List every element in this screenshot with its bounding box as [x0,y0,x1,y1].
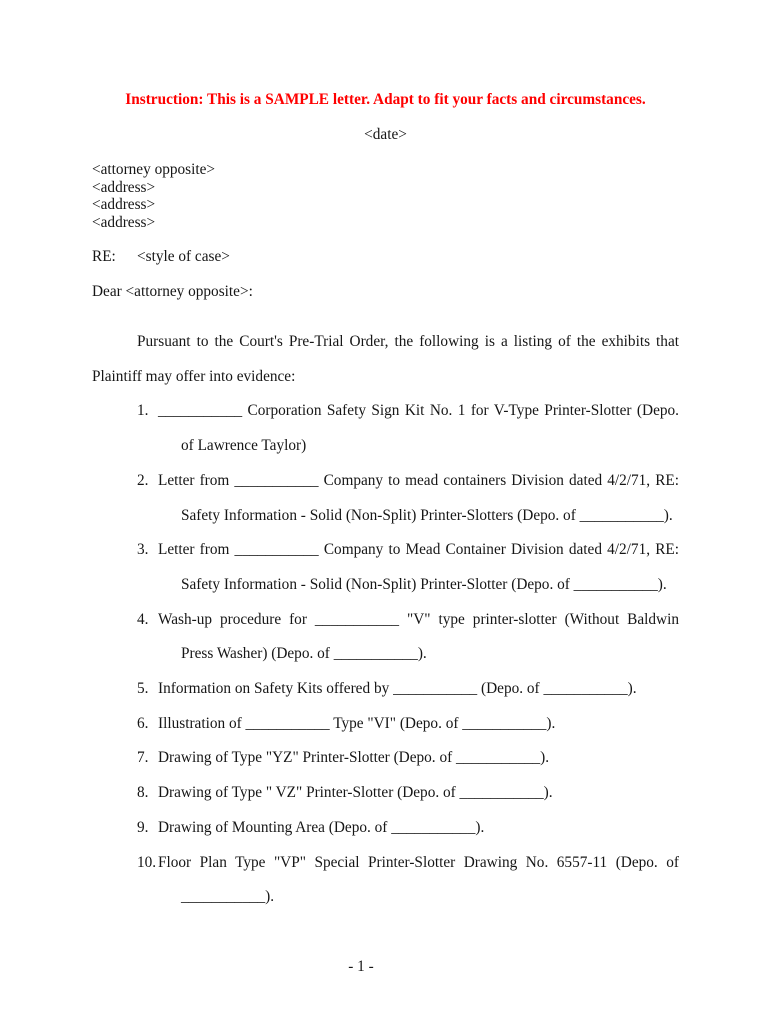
exhibit-line: Floor Plan Type "VP" Special Printer-Slo… [158,854,679,871]
body-line: Plaintiff may offer into evidence: [92,360,679,395]
body-line: Pursuant to the Court's Pre-Trial Order,… [92,325,679,360]
exhibit-list: 1.___________ Corporation Safety Sign Ki… [92,394,679,915]
exhibit-number: 2. [137,464,158,499]
exhibit-line: Information on Safety Kits offered by __… [158,680,637,697]
exhibit-number: 8. [137,776,158,811]
exhibit-line: Drawing of Type "YZ" Printer-Slotter (De… [158,749,549,766]
exhibit-number: 9. [137,811,158,846]
exhibit-number: 4. [137,603,158,638]
recipient-line: <address> [92,179,679,197]
body-paragraph: Pursuant to the Court's Pre-Trial Order,… [92,325,679,394]
exhibit-number: 6. [137,707,158,742]
exhibit-line: Press Washer) (Depo. of ___________). [92,637,679,672]
exhibit-line: Illustration of ___________ Type "VI" (D… [158,715,555,732]
exhibit-line: ___________ Corporation Safety Sign Kit … [158,402,679,419]
exhibit-line: of Lawrence Taylor) [92,429,679,464]
exhibit-item: 1.___________ Corporation Safety Sign Ki… [92,394,679,463]
exhibit-number: 5. [137,672,158,707]
exhibit-line: Drawing of Type " VZ" Printer-Slotter (D… [158,784,553,801]
exhibit-number: 10. [137,846,158,881]
exhibit-item: 3.Letter from ___________ Company to Mea… [92,533,679,602]
exhibit-line: Drawing of Mounting Area (Depo. of _____… [158,819,484,836]
exhibit-item: 4.Wash-up procedure for ___________ "V" … [92,603,679,672]
exhibit-item: 9.Drawing of Mounting Area (Depo. of ___… [92,811,679,846]
re-value: <style of case> [137,248,230,265]
exhibit-item: 6.Illustration of ___________ Type "VI" … [92,707,679,742]
exhibit-number: 1. [137,394,158,429]
date-placeholder: <date> [92,126,679,144]
letter-page: Instruction: This is a SAMPLE letter. Ad… [0,0,770,1024]
recipient-block: <attorney opposite> <address> <address> … [92,161,679,231]
exhibit-item: 7.Drawing of Type "YZ" Printer-Slotter (… [92,741,679,776]
exhibit-line: Safety Information - Solid (Non-Split) P… [92,499,679,534]
re-label: RE: [92,248,137,266]
exhibit-line: Wash-up procedure for ___________ "V" ty… [158,611,679,628]
exhibit-number: 3. [137,533,158,568]
exhibit-item: 8.Drawing of Type " VZ" Printer-Slotter … [92,776,679,811]
exhibit-item: 10.Floor Plan Type "VP" Special Printer-… [92,846,679,915]
recipient-line: <attorney opposite> [92,161,679,179]
exhibit-line: Letter from ___________ Company to mead … [158,472,679,489]
letter-content: Instruction: This is a SAMPLE letter. Ad… [92,0,679,915]
salutation: Dear <attorney opposite>: [92,283,679,301]
recipient-line: <address> [92,214,679,232]
exhibit-line: Letter from ___________ Company to Mead … [158,541,679,558]
exhibit-line: ___________). [92,880,679,915]
exhibit-item: 5.Information on Safety Kits offered by … [92,672,679,707]
page-number-footer: - 1 - [0,958,722,976]
exhibit-item: 2.Letter from ___________ Company to mea… [92,464,679,533]
recipient-line: <address> [92,196,679,214]
instruction-banner: Instruction: This is a SAMPLE letter. Ad… [92,91,679,109]
re-line: RE:<style of case> [92,248,679,266]
exhibit-line: Safety Information - Solid (Non-Split) P… [92,568,679,603]
exhibit-number: 7. [137,741,158,776]
